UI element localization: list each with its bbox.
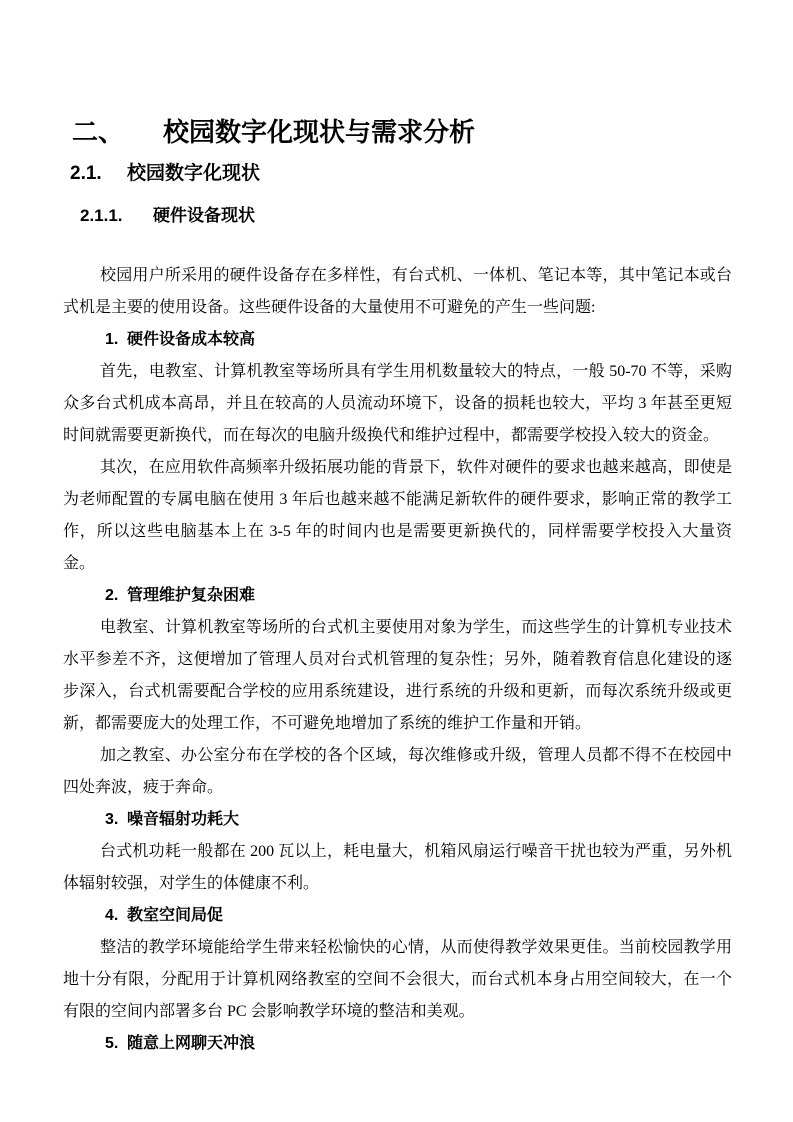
numbered-item-label: 教室空间局促 [127, 907, 223, 924]
numbered-item-number: 4. [105, 900, 127, 932]
subsection-heading-number: 2.1. [70, 163, 127, 185]
numbered-item: 5.随意上网聊天冲浪 [63, 1028, 732, 1060]
numbered-item: 2.管理维护复杂困难 [63, 580, 732, 612]
section-heading-title: 校园数字化现状与需求分析 [163, 117, 475, 147]
subsection-heading: 2.1.校园数字化现状 [70, 163, 260, 185]
numbered-item-label: 噪音辐射功耗大 [127, 811, 239, 828]
body-paragraph: 加之教室、办公室分布在学校的各个区域，每次维修或升级，管理人员都不得不在校园中四… [63, 740, 732, 804]
document-body: 校园用户所采用的硬件设备存在多样性，有台式机、一体机、笔记本等，其中笔记本或台式… [63, 260, 732, 1060]
subsubsection-heading-number: 2.1.1. [80, 205, 153, 226]
numbered-item-number: 5. [105, 1028, 127, 1060]
numbered-item: 1.硬件设备成本较高 [63, 324, 732, 356]
numbered-item-number: 3. [105, 804, 127, 836]
body-paragraph: 首先，电教室、计算机教室等场所具有学生用机数量较大的特点，一般 50-70 不等… [63, 356, 732, 452]
numbered-item-label: 管理维护复杂困难 [127, 587, 255, 604]
numbered-item-label: 随意上网聊天冲浪 [127, 1035, 255, 1052]
body-paragraph: 台式机功耗一般都在 200 瓦以上，耗电量大，机箱风扇运行噪音干扰也较为严重，另… [63, 836, 732, 900]
subsubsection-heading-title: 硬件设备现状 [153, 206, 255, 225]
subsection-heading-title: 校园数字化现状 [127, 163, 260, 184]
body-paragraph: 校园用户所采用的硬件设备存在多样性，有台式机、一体机、笔记本等，其中笔记本或台式… [63, 260, 732, 324]
numbered-item-label: 硬件设备成本较高 [127, 331, 255, 348]
document-page: 二、校园数字化现状与需求分析 2.1.校园数字化现状 2.1.1.硬件设备现状 … [0, 0, 793, 1122]
body-paragraph: 其次，在应用软件高频率升级拓展功能的背景下，软件对硬件的要求也越来越高，即使是为… [63, 452, 732, 580]
section-heading-number: 二、 [72, 118, 163, 146]
numbered-item-number: 2. [105, 580, 127, 612]
numbered-item: 4.教室空间局促 [63, 900, 732, 932]
section-heading: 二、校园数字化现状与需求分析 [72, 118, 475, 146]
numbered-item-number: 1. [105, 324, 127, 356]
numbered-item: 3.噪音辐射功耗大 [63, 804, 732, 836]
subsubsection-heading: 2.1.1.硬件设备现状 [80, 205, 255, 226]
body-paragraph: 整洁的教学环境能给学生带来轻松愉快的心情，从而使得教学效果更佳。当前校园教学用地… [63, 932, 732, 1028]
body-paragraph: 电教室、计算机教室等场所的台式机主要使用对象为学生，而这些学生的计算机专业技术水… [63, 612, 732, 740]
